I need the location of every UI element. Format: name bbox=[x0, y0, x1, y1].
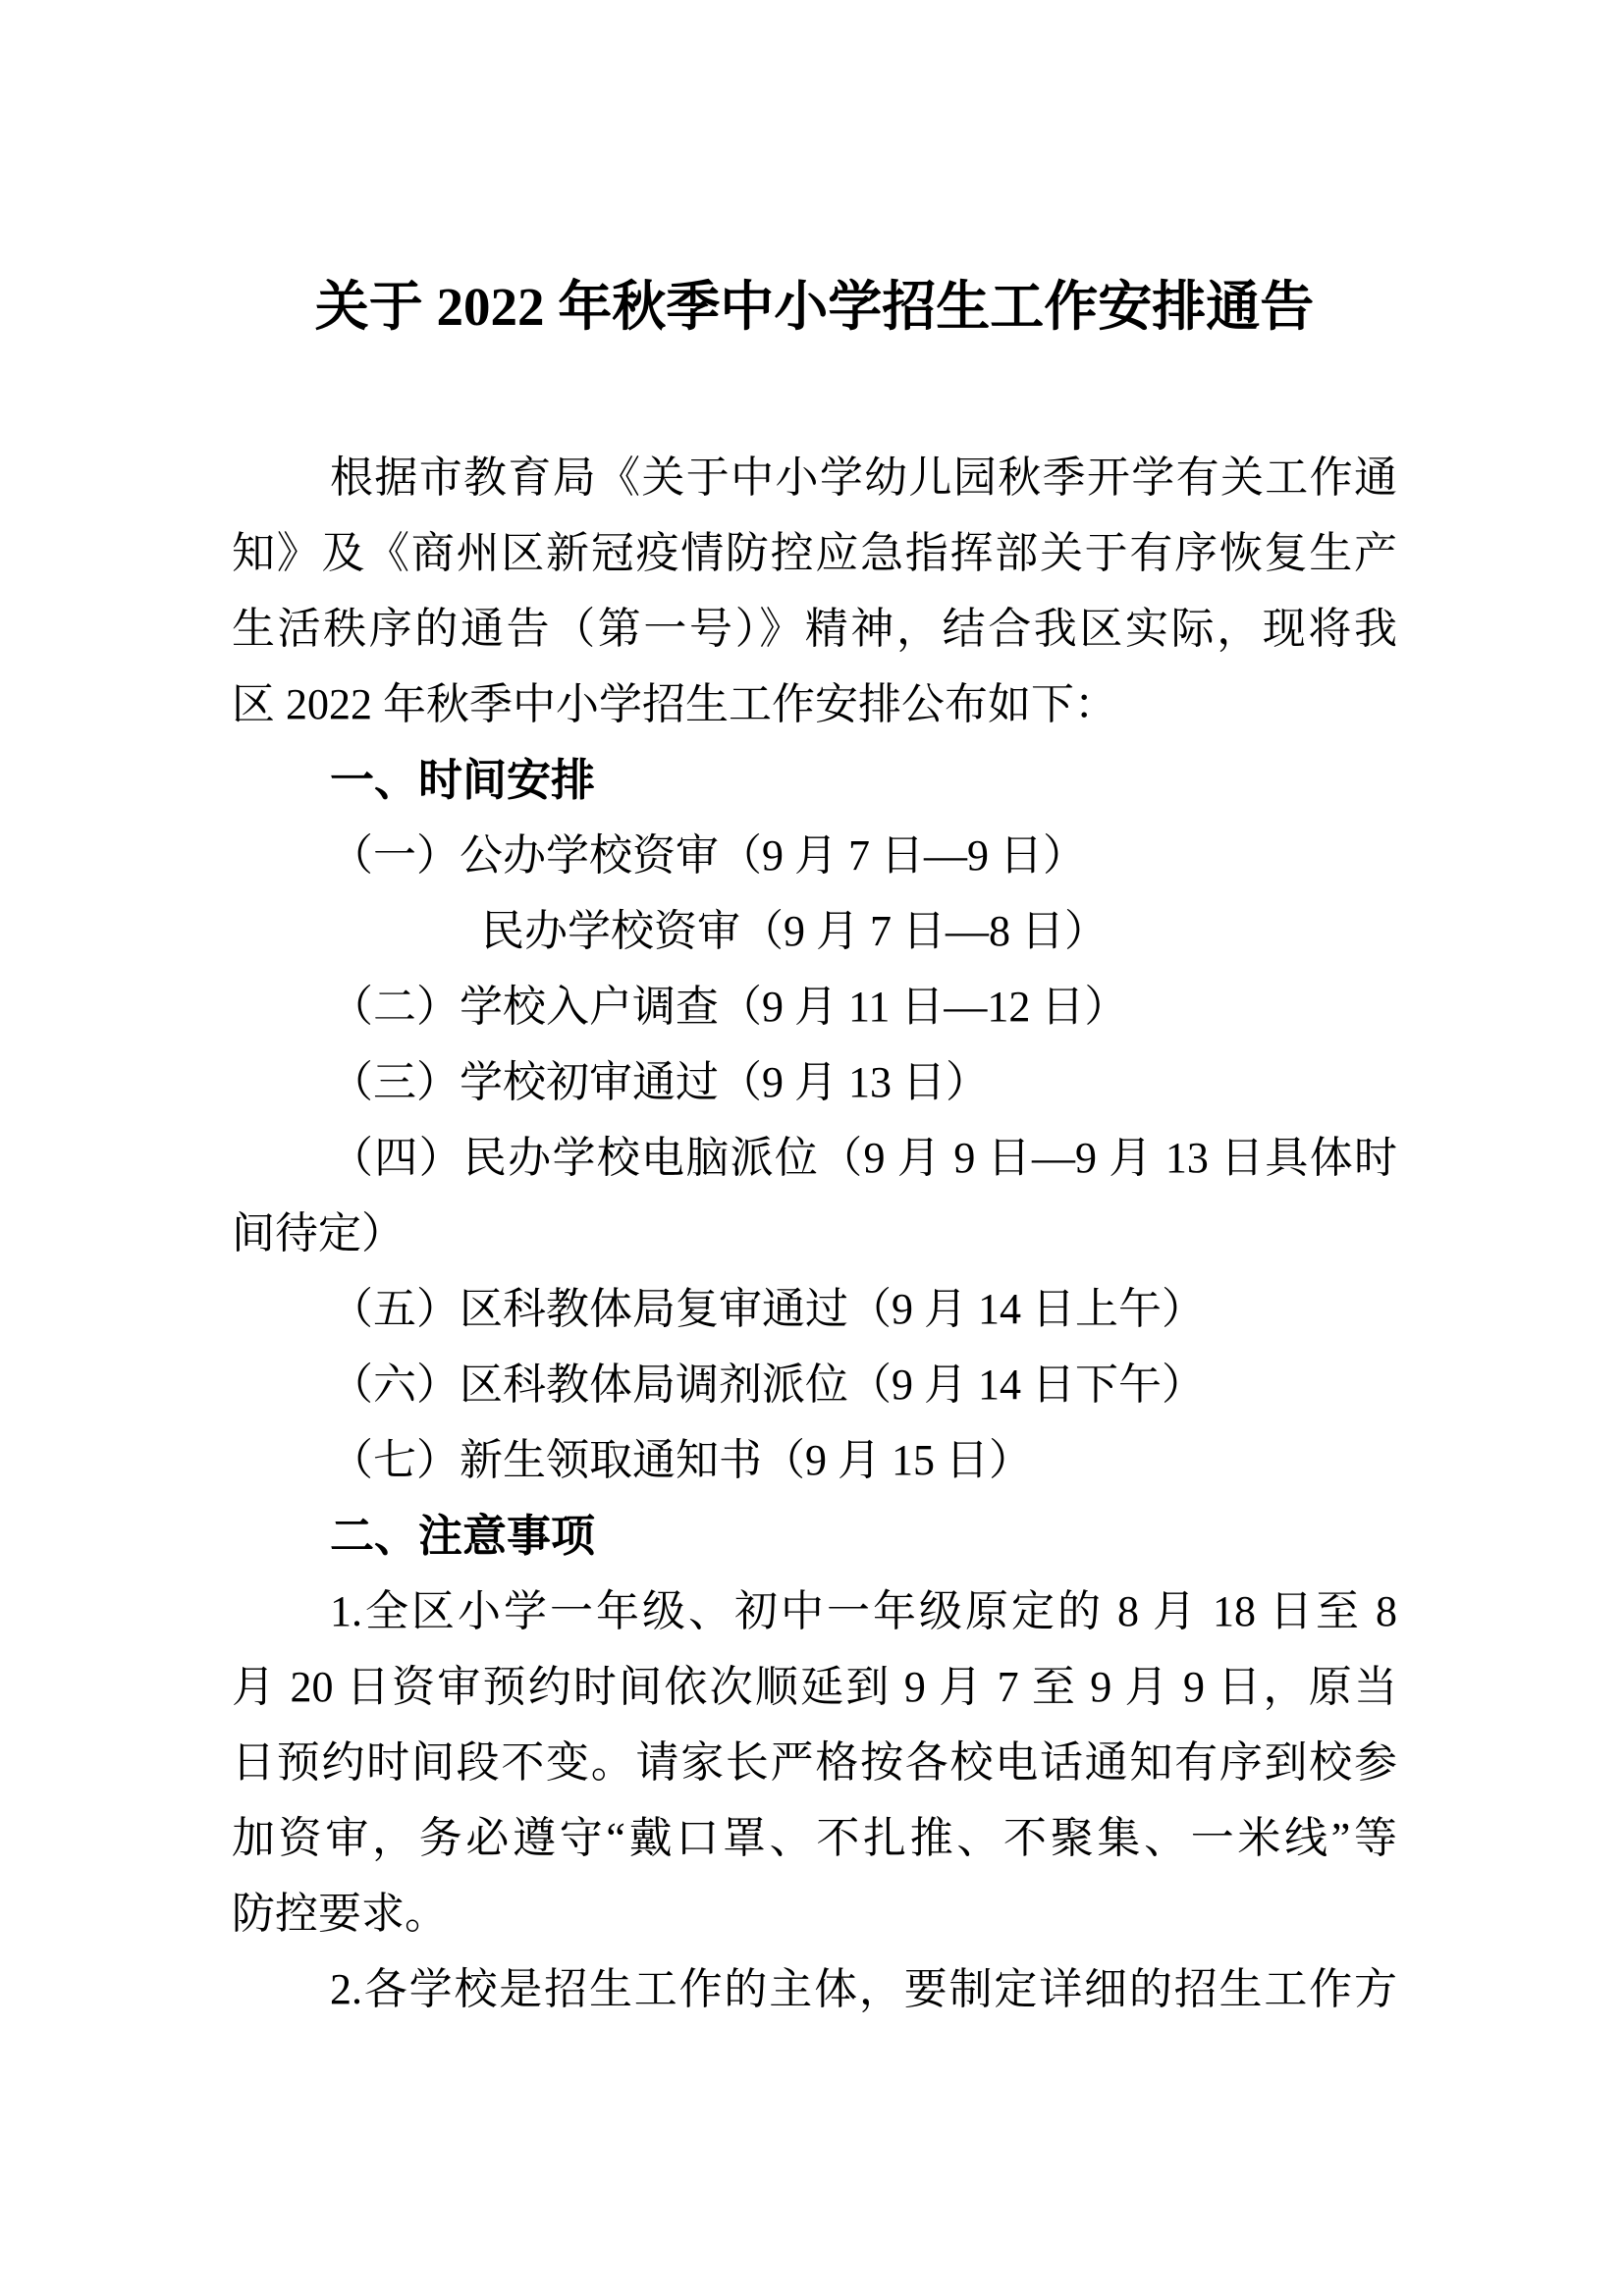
text-line: 知》及《商州区新冠疫情防控应急指挥部关于有序恢复生产 bbox=[232, 515, 1397, 591]
schedule-line: 间待定） bbox=[232, 1196, 1397, 1271]
schedule-line: （二）学校入户调查（9 月 11 日—12 日） bbox=[232, 969, 1397, 1044]
text-line: 生活秩序的通告（第一号）》精神，结合我区实际，现将我 bbox=[232, 591, 1397, 667]
document-content: 关于 2022 年秋季中小学招生工作安排通告 根据市教育局《关于中小学幼儿园秋季… bbox=[232, 0, 1397, 2027]
note-line: 日预约时间段不变。请家长严格按各校电话通知有序到校参 bbox=[232, 1725, 1397, 1800]
schedule-line: （六）区科教体局调剂派位（9 月 14 日下午） bbox=[232, 1347, 1397, 1422]
schedule-line: （三）学校初审通过（9 月 13 日） bbox=[232, 1044, 1397, 1120]
section-2-heading: 二、注意事项 bbox=[232, 1498, 1397, 1574]
note-line: 2.各学校是招生工作的主体，要制定详细的招生工作方 bbox=[232, 1951, 1397, 2027]
schedule-line: （五）区科教体局复审通过（9 月 14 日上午） bbox=[232, 1271, 1397, 1347]
document-page: 关于 2022 年秋季中小学招生工作安排通告 根据市教育局《关于中小学幼儿园秋季… bbox=[0, 0, 1624, 2296]
schedule-line: （一）公办学校资审（9 月 7 日—9 日） bbox=[232, 818, 1397, 893]
text-line: 根据市教育局《关于中小学幼儿园秋季开学有关工作通 bbox=[232, 440, 1397, 515]
section-notes: 二、注意事项 1.全区小学一年级、初中一年级原定的 8 月 18 日至 8 月 … bbox=[232, 1498, 1397, 2027]
text-line: 区 2022 年秋季中小学招生工作安排公布如下： bbox=[232, 667, 1397, 742]
note-line: 防控要求。 bbox=[232, 1876, 1397, 1951]
note-line: 1.全区小学一年级、初中一年级原定的 8 月 18 日至 8 bbox=[232, 1574, 1397, 1649]
schedule-line: （七）新生领取通知书（9 月 15 日） bbox=[232, 1422, 1397, 1498]
schedule-line: 民办学校资审（9 月 7 日—8 日） bbox=[232, 893, 1397, 969]
schedule-line: （四）民办学校电脑派位（9 月 9 日—9 月 13 日具体时 bbox=[232, 1120, 1397, 1196]
intro-paragraph: 根据市教育局《关于中小学幼儿园秋季开学有关工作通 知》及《商州区新冠疫情防控应急… bbox=[232, 440, 1397, 742]
section-1-heading: 一、时间安排 bbox=[232, 742, 1397, 818]
note-line: 月 20 日资审预约时间依次顺延到 9 月 7 至 9 月 9 日，原当 bbox=[232, 1649, 1397, 1725]
section-time-schedule: 一、时间安排 （一）公办学校资审（9 月 7 日—9 日） 民办学校资审（9 月… bbox=[232, 742, 1397, 1498]
document-title: 关于 2022 年秋季中小学招生工作安排通告 bbox=[232, 268, 1397, 347]
note-line: 加资审，务必遵守“戴口罩、不扎推、不聚集、一米线”等 bbox=[232, 1800, 1397, 1876]
